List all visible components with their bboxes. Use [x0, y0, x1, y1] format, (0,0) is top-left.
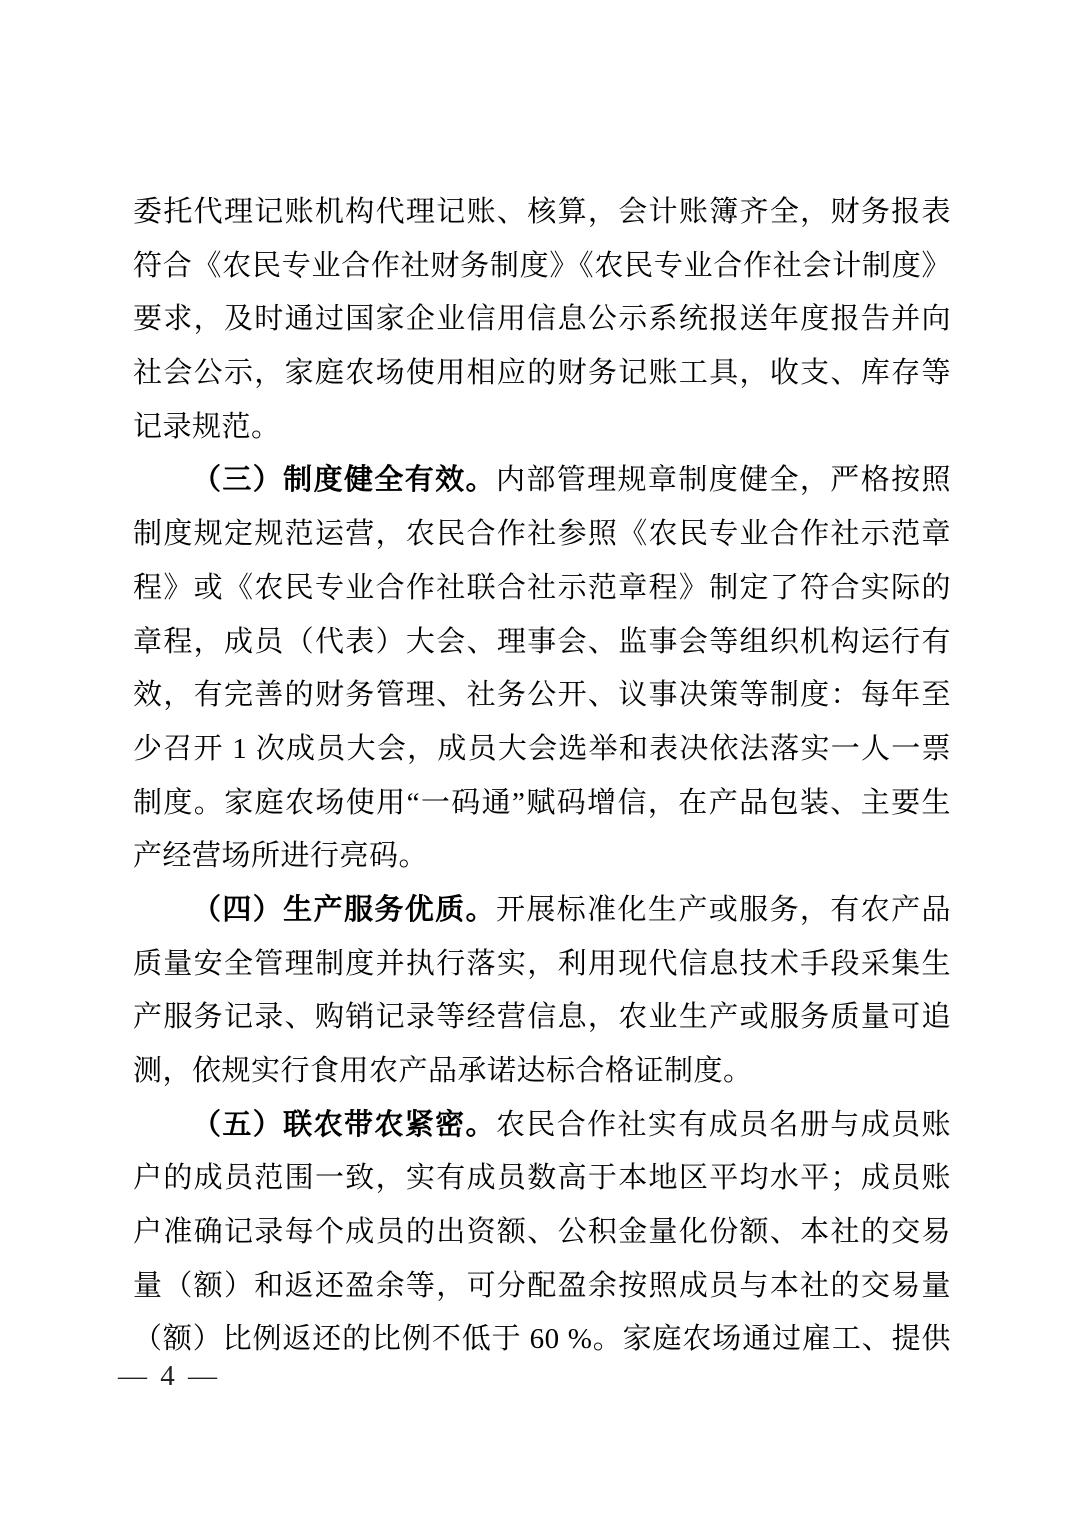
text-line: 记录规范。 [133, 401, 951, 455]
body-text: 农民合作社实有成员名册与成员账 [496, 1109, 951, 1141]
document-body: 委托代理记账机构代理记账、核算，会计账簿齐全，财务报表符合《农民专业合作社财务制… [133, 186, 951, 1367]
text-line: 质量安全管理制度并执行落实，利用现代信息技术手段采集生 [133, 938, 951, 992]
document-page: 委托代理记账机构代理记账、核算，会计账簿齐全，财务报表符合《农民专业合作社财务制… [0, 0, 1074, 1520]
body-text: （额）比例返还的比例不低于 60 %。家庭农场通过雇工、提供 [133, 1323, 951, 1355]
text-line: （额）比例返还的比例不低于 60 %。家庭农场通过雇工、提供 [133, 1313, 951, 1367]
body-text: 户的成员范围一致，实有成员数高于本地区平均水平；成员账 [133, 1162, 951, 1194]
text-line: 户的成员范围一致，实有成员数高于本地区平均水平；成员账 [133, 1152, 951, 1206]
body-text: 程》或《农民专业合作社联合社示范章程》制定了符合实际的 [133, 572, 951, 604]
text-line: （三）制度健全有效。内部管理规章制度健全，严格按照 [133, 454, 951, 508]
body-text: 效，有完善的财务管理、社务公开、议事决策等制度：每年至 [133, 679, 951, 711]
text-line: 制度规定规范运营，农民合作社参照《农民专业合作社示范章 [133, 508, 951, 562]
body-text: 测，依规实行食用农产品承诺达标合格证制度。 [133, 1055, 753, 1087]
text-line: 程》或《农民专业合作社联合社示范章程》制定了符合实际的 [133, 562, 951, 616]
text-line: 制度。家庭农场使用“一码通”赋码增信，在产品包装、主要生 [133, 777, 951, 831]
text-line: 少召开 1 次成员大会，成员大会选举和表决依法落实一人一票 [133, 723, 951, 777]
body-text: 户准确记录每个成员的出资额、公积金量化份额、本社的交易 [133, 1216, 951, 1248]
body-text: 制度。家庭农场使用“一码通”赋码增信，在产品包装、主要生 [133, 787, 951, 819]
text-line: 委托代理记账机构代理记账、核算，会计账簿齐全，财务报表 [133, 186, 951, 240]
text-line: 测，依规实行食用农产品承诺达标合格证制度。 [133, 1045, 951, 1099]
section-heading-text: （五）联农带农紧密。 [192, 1109, 496, 1141]
body-text: 制度规定规范运营，农民合作社参照《农民专业合作社示范章 [133, 518, 951, 550]
body-text: 少召开 1 次成员大会，成员大会选举和表决依法落实一人一票 [133, 733, 951, 765]
body-text: 产经营场所进行亮码。 [133, 840, 428, 872]
text-line: （五）联农带农紧密。农民合作社实有成员名册与成员账 [133, 1099, 951, 1153]
text-line: 产经营场所进行亮码。 [133, 830, 951, 884]
text-line: （四）生产服务优质。开展标准化生产或服务，有农产品 [133, 884, 951, 938]
section-heading-text: （四）生产服务优质。 [192, 894, 496, 926]
text-line: 社会公示，家庭农场使用相应的财务记账工具，收支、库存等 [133, 347, 951, 401]
body-text: 委托代理记账机构代理记账、核算，会计账簿齐全，财务报表 [133, 196, 951, 228]
body-text: 质量安全管理制度并执行落实，利用现代信息技术手段采集生 [133, 948, 951, 980]
text-line: 符合《农民专业合作社财务制度》《农民专业合作社会计制度》 [133, 240, 951, 294]
body-text: 产服务记录、购销记录等经营信息，农业生产或服务质量可追 [133, 1001, 951, 1033]
text-line: 产服务记录、购销记录等经营信息，农业生产或服务质量可追 [133, 991, 951, 1045]
body-text: 记录规范。 [133, 411, 281, 443]
text-line: 户准确记录每个成员的出资额、公积金量化份额、本社的交易 [133, 1206, 951, 1260]
body-text: 符合《农民专业合作社财务制度》《农民专业合作社会计制度》 [133, 250, 951, 282]
text-line: 要求，及时通过国家企业信用信息公示系统报送年度报告并向 [133, 293, 951, 347]
body-text: 社会公示，家庭农场使用相应的财务记账工具，收支、库存等 [133, 357, 951, 389]
body-text: 量（额）和返还盈余等，可分配盈余按照成员与本社的交易量 [133, 1270, 951, 1302]
body-text: 要求，及时通过国家企业信用信息公示系统报送年度报告并向 [133, 303, 951, 335]
body-text: 内部管理规章制度健全，严格按照 [496, 464, 951, 496]
text-line: 效，有完善的财务管理、社务公开、议事决策等制度：每年至 [133, 669, 951, 723]
text-line: 章程，成员（代表）大会、理事会、监事会等组织机构运行有 [133, 616, 951, 670]
section-heading-text: （三）制度健全有效。 [192, 464, 496, 496]
page-number-footer: — 4 — [118, 1356, 220, 1396]
text-line: 量（额）和返还盈余等，可分配盈余按照成员与本社的交易量 [133, 1260, 951, 1314]
body-text: 开展标准化生产或服务，有农产品 [496, 894, 951, 926]
body-text: 章程，成员（代表）大会、理事会、监事会等组织机构运行有 [133, 626, 951, 658]
